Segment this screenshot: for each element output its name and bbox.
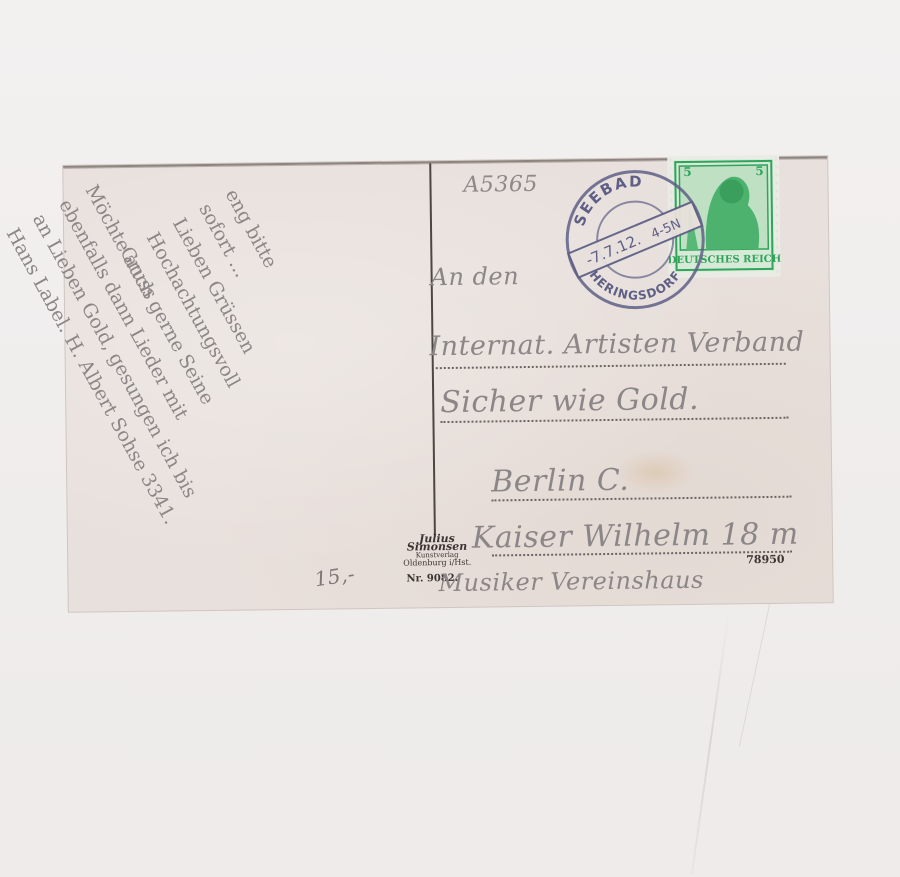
address-line-rule: [436, 363, 786, 369]
address-line: Internat. Artisten Verband: [429, 327, 804, 363]
postmark-cancel: SEEBAD HERINGSDORF -7.7.12. 4-5N: [559, 164, 711, 316]
card-number: 78950: [746, 553, 784, 566]
svg-text:5: 5: [755, 164, 764, 178]
inventory-number: A5365: [463, 172, 538, 198]
paper-stain: [615, 450, 696, 495]
address-street: Kaiser Wilhelm 18 m: [472, 517, 799, 556]
address-line: Sicher wie Gold.: [440, 382, 699, 420]
price-note: 15,-: [313, 562, 357, 592]
postcard: Möchte auch gerne Seine ebenfalls dann L…: [63, 156, 833, 612]
publisher-imprint: Julius Simonsen Kunstverlag Oldenburg i/…: [402, 535, 472, 568]
address-salutation: An den: [430, 262, 519, 291]
publisher-city: Oldenburg i/Hst.: [402, 559, 472, 568]
address-city: Berlin C.: [491, 463, 630, 500]
publisher-name: Julius Simonsen: [402, 535, 472, 552]
svg-text:SEEBAD: SEEBAD: [570, 172, 645, 228]
address-line: Musiker Vereinshaus: [438, 566, 704, 597]
